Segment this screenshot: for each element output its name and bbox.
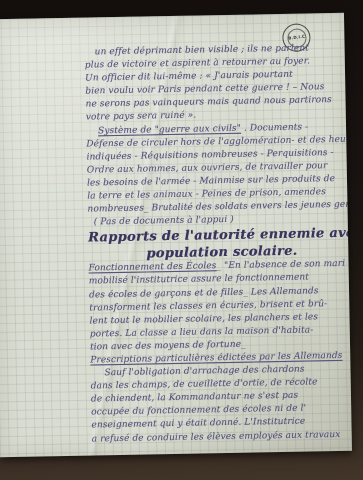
section-heading-underlined-text: Fonctionnement des Écoles xyxy=(89,262,217,274)
section-heading-rest-text: _ "En l'absence de son mari xyxy=(216,259,345,271)
manuscript-page: B.D.I.C un effet déprimant bien visible … xyxy=(0,13,352,457)
section-heading-rest-text: . Documents - xyxy=(241,122,308,133)
stamp-label: B.D.I.C xyxy=(288,34,305,41)
handwritten-text-block: un effet déprimant bien visible ; ils ne… xyxy=(85,43,352,447)
section-heading-underlined-text: Système de "guerre aux civils" xyxy=(98,123,241,136)
photo-background: B.D.I.C un effet déprimant bien visible … xyxy=(0,0,363,480)
